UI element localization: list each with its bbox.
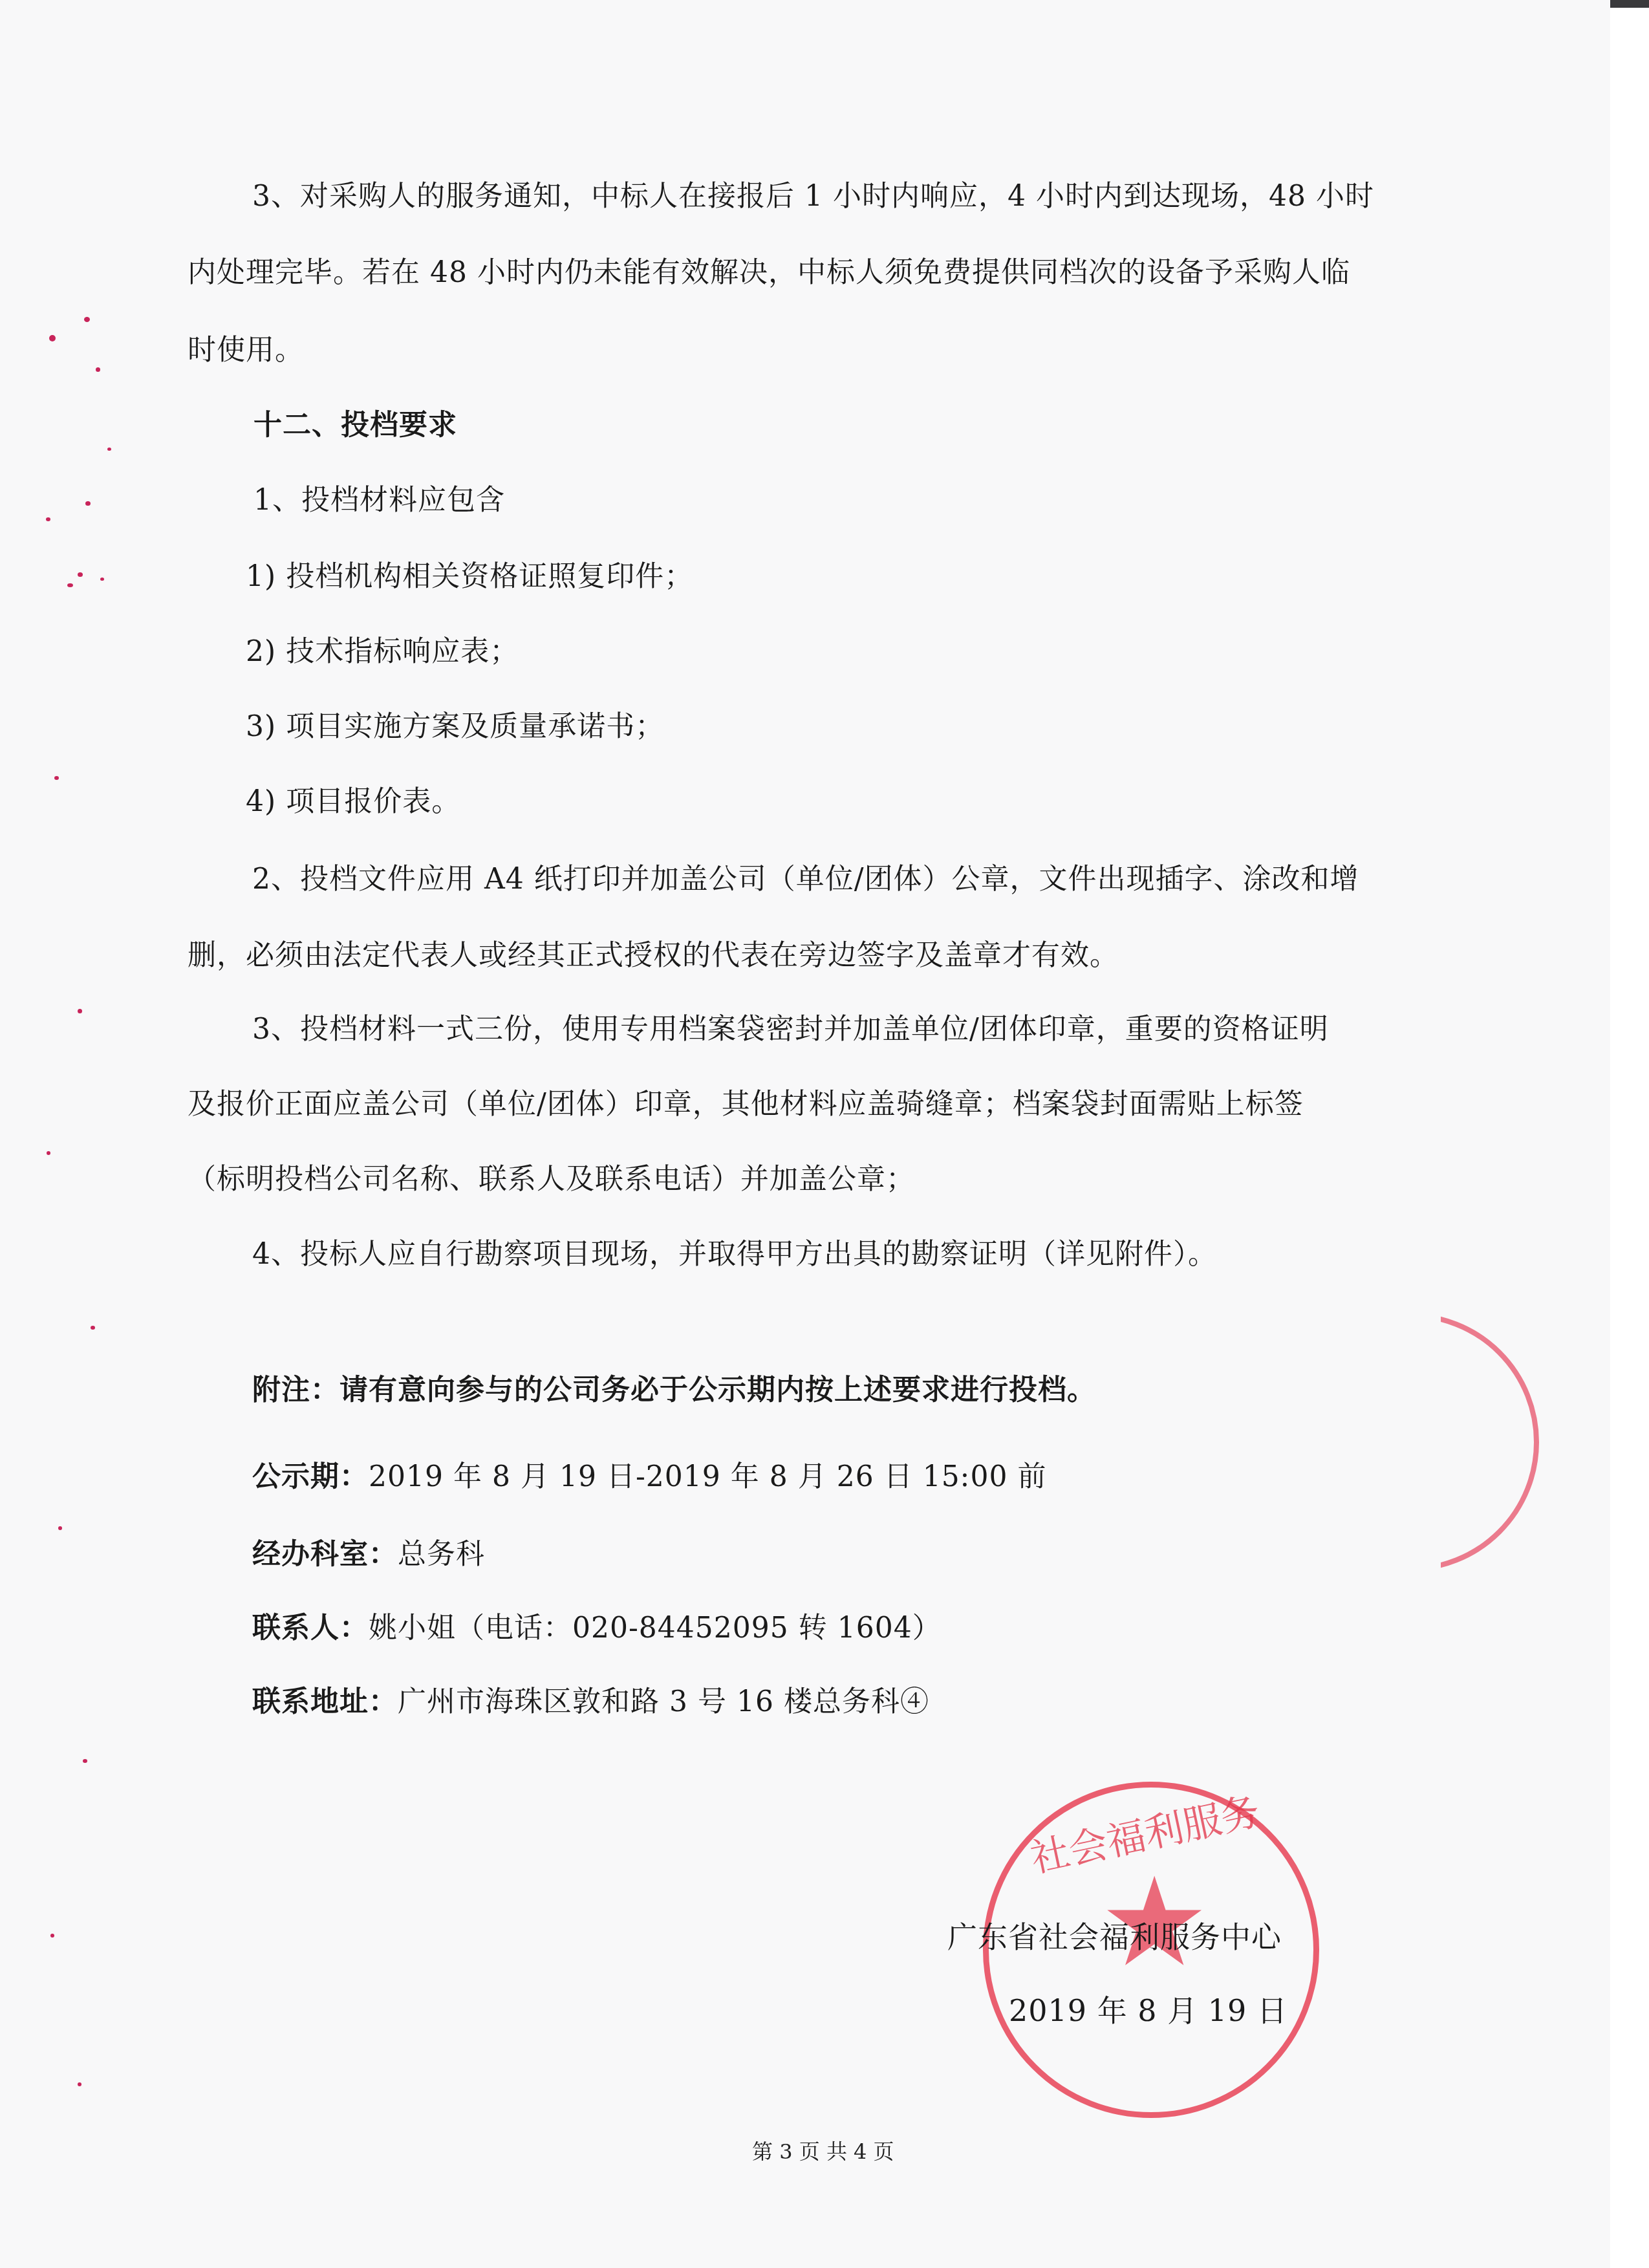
note-text: 请有意向参与的公司务必于公示期内按上述要求进行投档。 [339, 1374, 1096, 1407]
paragraph-line: 内处理完毕。若在 48 小时内仍未能有效解决，中标人须免费提供同档次的设备予采购… [188, 259, 1350, 287]
list-item: 2) 技术指标响应表； [246, 638, 519, 666]
scan-speck [54, 776, 59, 780]
info-label: 联系地址： [252, 1685, 398, 1718]
info-value: 2019 年 8 月 19 日-2019 年 8 月 26 日 15:00 前 [369, 1460, 1046, 1493]
note-label: 附注： [252, 1374, 339, 1407]
scan-speck [67, 583, 73, 587]
info-label: 公示期： [252, 1460, 369, 1493]
info-value: 姚小姐（电话：020-84452095 转 1604） [369, 1612, 942, 1645]
info-value: 总务科 [398, 1538, 485, 1571]
scan-speck [50, 1934, 54, 1938]
paragraph-line: 时使用。 [188, 336, 304, 365]
signature-date: 2019 年 8 月 19 日 [1009, 1996, 1288, 2025]
page-number: 第 3 页 共 4 页 [752, 2135, 894, 2165]
signature-organization: 广东省社会福利服务中心 [947, 1922, 1282, 1952]
scan-speck [100, 578, 104, 581]
scan-speck [78, 1009, 82, 1013]
scan-speck [91, 1326, 95, 1330]
list-item: 4) 项目报价表。 [246, 788, 460, 816]
info-label: 联系人： [252, 1612, 369, 1645]
list-item: 1) 投档机构相关资格证照复印件； [246, 563, 693, 591]
paragraph-line: 删，必须由法定代表人或经其正式授权的代表在旁边签字及盖章才有效。 [188, 942, 1119, 970]
item-title: 1、投档材料应包含 [253, 486, 505, 515]
scan-speck [49, 335, 56, 341]
scan-speck [83, 1759, 87, 1763]
paragraph-line: 3、投档材料一式三份，使用专用档案袋密封并加盖单位/团体印章，重要的资格证明 [252, 1015, 1329, 1044]
paragraph-line: 3、对采购人的服务通知，中标人在接报后 1 小时内响应，4 小时内到达现场，48… [252, 182, 1374, 211]
info-label: 经办科室： [252, 1538, 398, 1571]
seam-seal-partial [1280, 1313, 1539, 1571]
paragraph-line: 2、投档文件应用 A4 纸打印并加盖公司（单位/团体）公章，文件出现插字、涂改和… [252, 865, 1359, 894]
scan-speck [85, 501, 91, 506]
section-heading: 十二、投档要求 [253, 411, 457, 440]
scan-speck [47, 1151, 50, 1155]
scan-speck [46, 517, 50, 521]
document-page: 3、对采购人的服务通知，中标人在接报后 1 小时内响应，4 小时内到达现场，48… [0, 0, 1649, 2268]
info-department: 经办科室：总务科 [252, 1540, 485, 1569]
scan-speck [78, 572, 83, 577]
list-item: 3) 项目实施方案及质量承诺书； [246, 713, 664, 741]
paragraph-line: 4、投标人应自行勘察项目现场，并取得甲方出具的勘察证明（详见附件）。 [252, 1240, 1217, 1269]
scan-speck [78, 2082, 81, 2086]
scan-speck [84, 317, 90, 322]
scan-edge-shadow [1610, 0, 1649, 8]
note-line: 附注：请有意向参与的公司务必于公示期内按上述要求进行投档。 [252, 1376, 1096, 1405]
info-value: 广州市海珠区敦和路 3 号 16 楼总务科④ [398, 1685, 929, 1718]
info-contact: 联系人：姚小姐（电话：020-84452095 转 1604） [252, 1614, 942, 1643]
paragraph-line: 及报价正面应盖公司（单位/团体）印章，其他材料应盖骑缝章；档案袋封面需贴上标签 [188, 1090, 1304, 1119]
paragraph-line: （标明投档公司名称、联系人及联系电话）并加盖公章； [188, 1165, 915, 1194]
scan-speck [107, 448, 111, 451]
scan-speck [58, 1526, 62, 1530]
info-publicity-period: 公示期：2019 年 8 月 19 日-2019 年 8 月 26 日 15:0… [252, 1463, 1046, 1491]
scan-speck [96, 367, 100, 372]
scan-edge [1610, 0, 1649, 2268]
info-address: 联系地址：广州市海珠区敦和路 3 号 16 楼总务科④ [252, 1688, 929, 1716]
